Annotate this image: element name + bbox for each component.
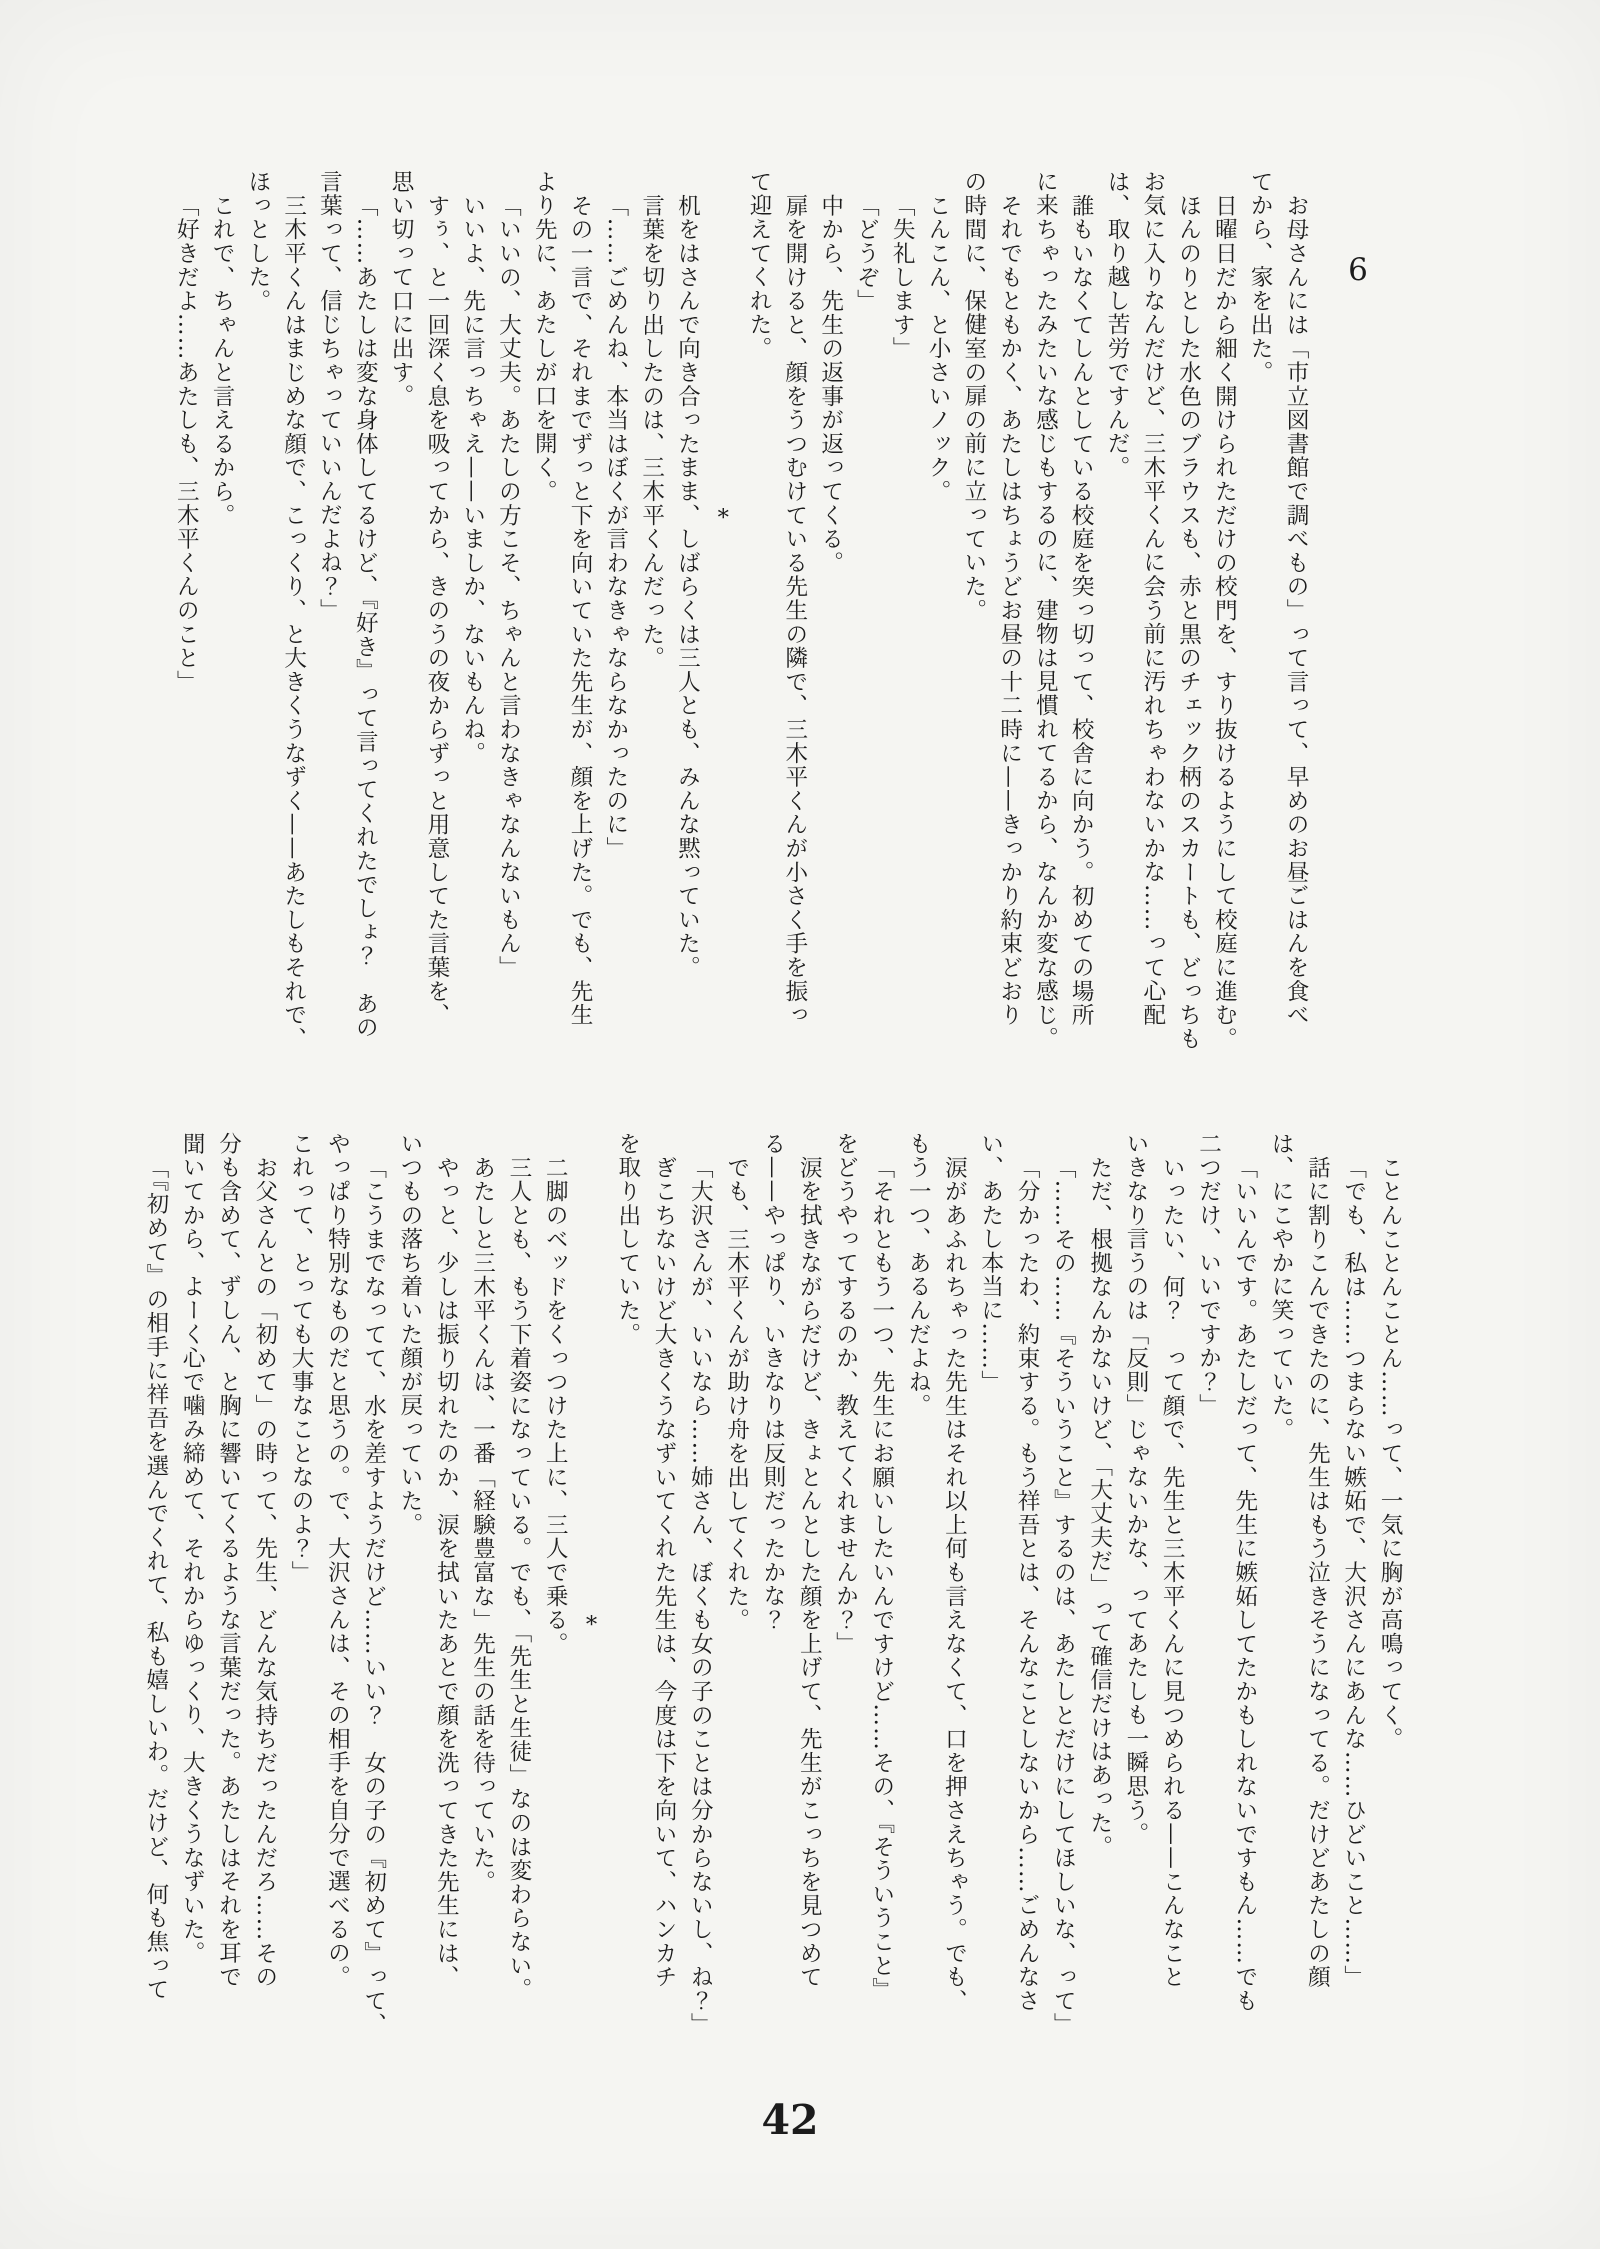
text-line: 誰もいなくてしんとしている校庭を突っ切って、校舎に向かう。初めての場所 xyxy=(1062,170,1098,1056)
text-line: あたしと三木平くんは、一番「経験豊富な」先生の話を待っていた。 xyxy=(464,1132,500,2018)
text-line: 「分かったわ、約束する。もう祥吾とは、そんなことしないから……ごめんなさ xyxy=(1009,1132,1045,2018)
text-line: ほっとした。 xyxy=(239,170,275,1056)
text-line: より先に、あたしが口を開く。 xyxy=(525,170,561,1056)
text-line: 涙があふれちゃった先生はそれ以上何も言えなくて、口を押さえちゃう。でも、 xyxy=(936,1132,972,2018)
text-line: ほんのりとした水色のブラウスも、赤と黒のチェック柄のスカートも、どっちも xyxy=(1170,170,1206,1056)
text-line: 言葉って、信じちゃっていいんだよね？」 xyxy=(311,170,347,1056)
text-line: いいよ、先に言っちゃえ——いましか、ないもんね。 xyxy=(454,170,490,1056)
text-line: 「……あたしは変な身体してるけど、『好き』って言ってくれたでしょ？ あの xyxy=(346,170,382,1056)
text-line: 聞いてから、よーく心で噛み締めて、それからゆっくり、大きくうなずいた。 xyxy=(174,1132,210,2018)
text-line: 「……その……『そういうこと』するのは、あたしとだけにしてほしいな、って」 xyxy=(1045,1132,1081,2018)
text-line: は、取り越し苦労ですんだ。 xyxy=(1098,170,1134,1056)
text-line: 「それともう一つ、先生にお願いしたいんですけど……その、『そういうこと』 xyxy=(864,1132,900,2018)
text-line: を取り出していた。 xyxy=(609,1132,645,2018)
text-line: いつもの落ち着いた顔が戻っていた。 xyxy=(392,1132,428,2018)
text-line: 三人とも、もう下着姿になっている。でも、「先生と生徒」なのは変わらない。 xyxy=(501,1132,537,2018)
text-line: もう一つ、あるんだよね。 xyxy=(900,1132,936,2018)
text-line: お母さんには「市立図書館で調べもの」って言って、早めのお昼ごはんを食べ xyxy=(1277,170,1313,1056)
section-separator: * xyxy=(573,1132,609,2018)
text-line: ぎこちないけど大きくうなずいてくれた先生は、今度は下を向いて、ハンカチ xyxy=(646,1132,682,2018)
text-line: 言葉を切り出したのは、三木平くんだった。 xyxy=(633,170,669,1056)
book-page: 6 お母さんには「市立図書館で調べもの」って言って、早めのお昼ごはんを食べてから… xyxy=(0,0,1600,2249)
text-line: 二つだけ、いいですか？」 xyxy=(1190,1132,1226,2018)
text-line: 「『初めて』の相手に祥吾を選んでくれて、私も嬉しいわ。だけど、何も焦って xyxy=(138,1132,174,2018)
text-line: の時間に、保健室の扉の前に立っていた。 xyxy=(955,170,991,1056)
text-line: お気に入りなんだけど、三木平くんに会う前に汚れちゃわないかな……って心配 xyxy=(1134,170,1170,1056)
section-number: 6 xyxy=(1340,252,1376,288)
text-line: 三木平くんはまじめな顔で、こっくり、と大きくうなずく——あたしもそれで、 xyxy=(275,170,311,1056)
text-line: いったい、何？ って顔で、先生と三木平くんに見つめられる——こんなこと xyxy=(1154,1132,1190,2018)
text-line: 日曜日だから細く開けられただけの校門を、すり抜けるようにして校庭に進む。 xyxy=(1206,170,1242,1056)
text-line: 話に割りこんできたのに、先生はもう泣きそうになってる。だけどあたしの顔 xyxy=(1299,1132,1335,2018)
text-line: 分も含めて、ずしん、と胸に響いてくるような言葉だった。あたしはそれを耳で xyxy=(210,1132,246,2018)
text-block-top: お母さんには「市立図書館で調べもの」って言って、早めのお昼ごはんを食べてから、家… xyxy=(168,170,1314,1056)
text-line: 「いいんです。あたしだって、先生に嫉妬してたかもしれないですもん……でも xyxy=(1227,1132,1263,2018)
text-line: ただ、根拠なんかないけど、「大丈夫だ」って確信だけはあった。 xyxy=(1081,1132,1117,2018)
text-line: その一言で、それまでずっと下を向いていた先生が、顔を上げた。でも、先生 xyxy=(561,170,597,1056)
text-line: る——やっぱり、いきなりは反則だったかな？ xyxy=(755,1132,791,2018)
text-line: 扉を開けると、顔をうつむけている先生の隣で、三木平くんが小さく手を振っ xyxy=(776,170,812,1056)
text-line: 「大沢さんが、いいなら……姉さん、ぼくも女の子のことは分からないし、ね？」 xyxy=(682,1132,718,2018)
text-line: こんこん、と小さいノック。 xyxy=(919,170,955,1056)
text-line: 「好きだよ……あたしも、三木平くんのこと」 xyxy=(168,170,204,1056)
text-line: 「失礼します」 xyxy=(883,170,919,1056)
text-line: お父さんとの「初めて」の時って、先生、どんな気持ちだったんだろ……その xyxy=(247,1132,283,2018)
text-line: に来ちゃったみたいな感じもするのに、建物は見慣れてるから、なんか変な感じ。 xyxy=(1027,170,1063,1056)
text-block-bottom: ことんことんことん……って、一気に胸が高鳴ってく。「でも、私は……つまらない嫉妬… xyxy=(138,1132,1408,2018)
text-line: でも、三木平くんが助け舟を出してくれた。 xyxy=(718,1132,754,2018)
text-line: て迎えてくれた。 xyxy=(740,170,776,1056)
section-separator: * xyxy=(704,170,740,1056)
text-line: やっと、少しは振り切れたのか、涙を拭いたあとで顔を洗ってきた先生には、 xyxy=(428,1132,464,2018)
text-line: ことんことんことん……って、一気に胸が高鳴ってく。 xyxy=(1372,1132,1408,2018)
text-line: やっぱり特別なものだと思うの。で、大沢さんは、その相手を自分で選べるの。 xyxy=(319,1132,355,2018)
text-line: いきなり言うのは「反則」じゃないかな、ってあたしも一瞬思う。 xyxy=(1118,1132,1154,2018)
text-line: 「どうぞ」 xyxy=(848,170,884,1056)
text-line: それでもともかく、あたしはちょうどお昼の十二時に——きっかり約束どおり xyxy=(991,170,1027,1056)
text-line: い、あたし本当に……」 xyxy=(972,1132,1008,2018)
text-line: をどうやってするのか、教えてくれませんか？」 xyxy=(827,1132,863,2018)
text-line: これで、ちゃんと言えるから。 xyxy=(203,170,239,1056)
text-line: 机をはさんで向き合ったまま、しばらくは三人とも、みんな黙っていた。 xyxy=(669,170,705,1056)
text-line: 二脚のベッドをくっつけた上に、三人で乗る。 xyxy=(537,1132,573,2018)
text-line: 思い切って口に出す。 xyxy=(382,170,418,1056)
text-line: 「こうまでなってて、水を差すようだけど……いい？ 女の子の『初めて』って、 xyxy=(355,1132,391,2018)
text-line: 「いいの、大丈夫。あたしの方こそ、ちゃんと言わなきゃなんないもん」 xyxy=(490,170,526,1056)
text-line: すぅ、と一回深く息を吸ってから、きのうの夜からずっと用意してた言葉を、 xyxy=(418,170,454,1056)
text-line: 「でも、私は……つまらない嫉妬で、大沢さんにあんな……ひどいこと……」 xyxy=(1335,1132,1371,2018)
page-number: 42 xyxy=(700,2096,880,2144)
text-line: 中から、先生の返事が返ってくる。 xyxy=(812,170,848,1056)
text-line: これって、とっても大事なことなのよ？」 xyxy=(283,1132,319,2018)
text-line: 涙を拭きながらだけど、きょとんとした顔を上げて、先生がこっちを見つめて xyxy=(791,1132,827,2018)
text-line: てから、家を出た。 xyxy=(1241,170,1277,1056)
text-line: 「……ごめんね、本当はぼくが言わなきゃならなかったのに」 xyxy=(597,170,633,1056)
text-line: は、にこやかに笑っていた。 xyxy=(1263,1132,1299,2018)
